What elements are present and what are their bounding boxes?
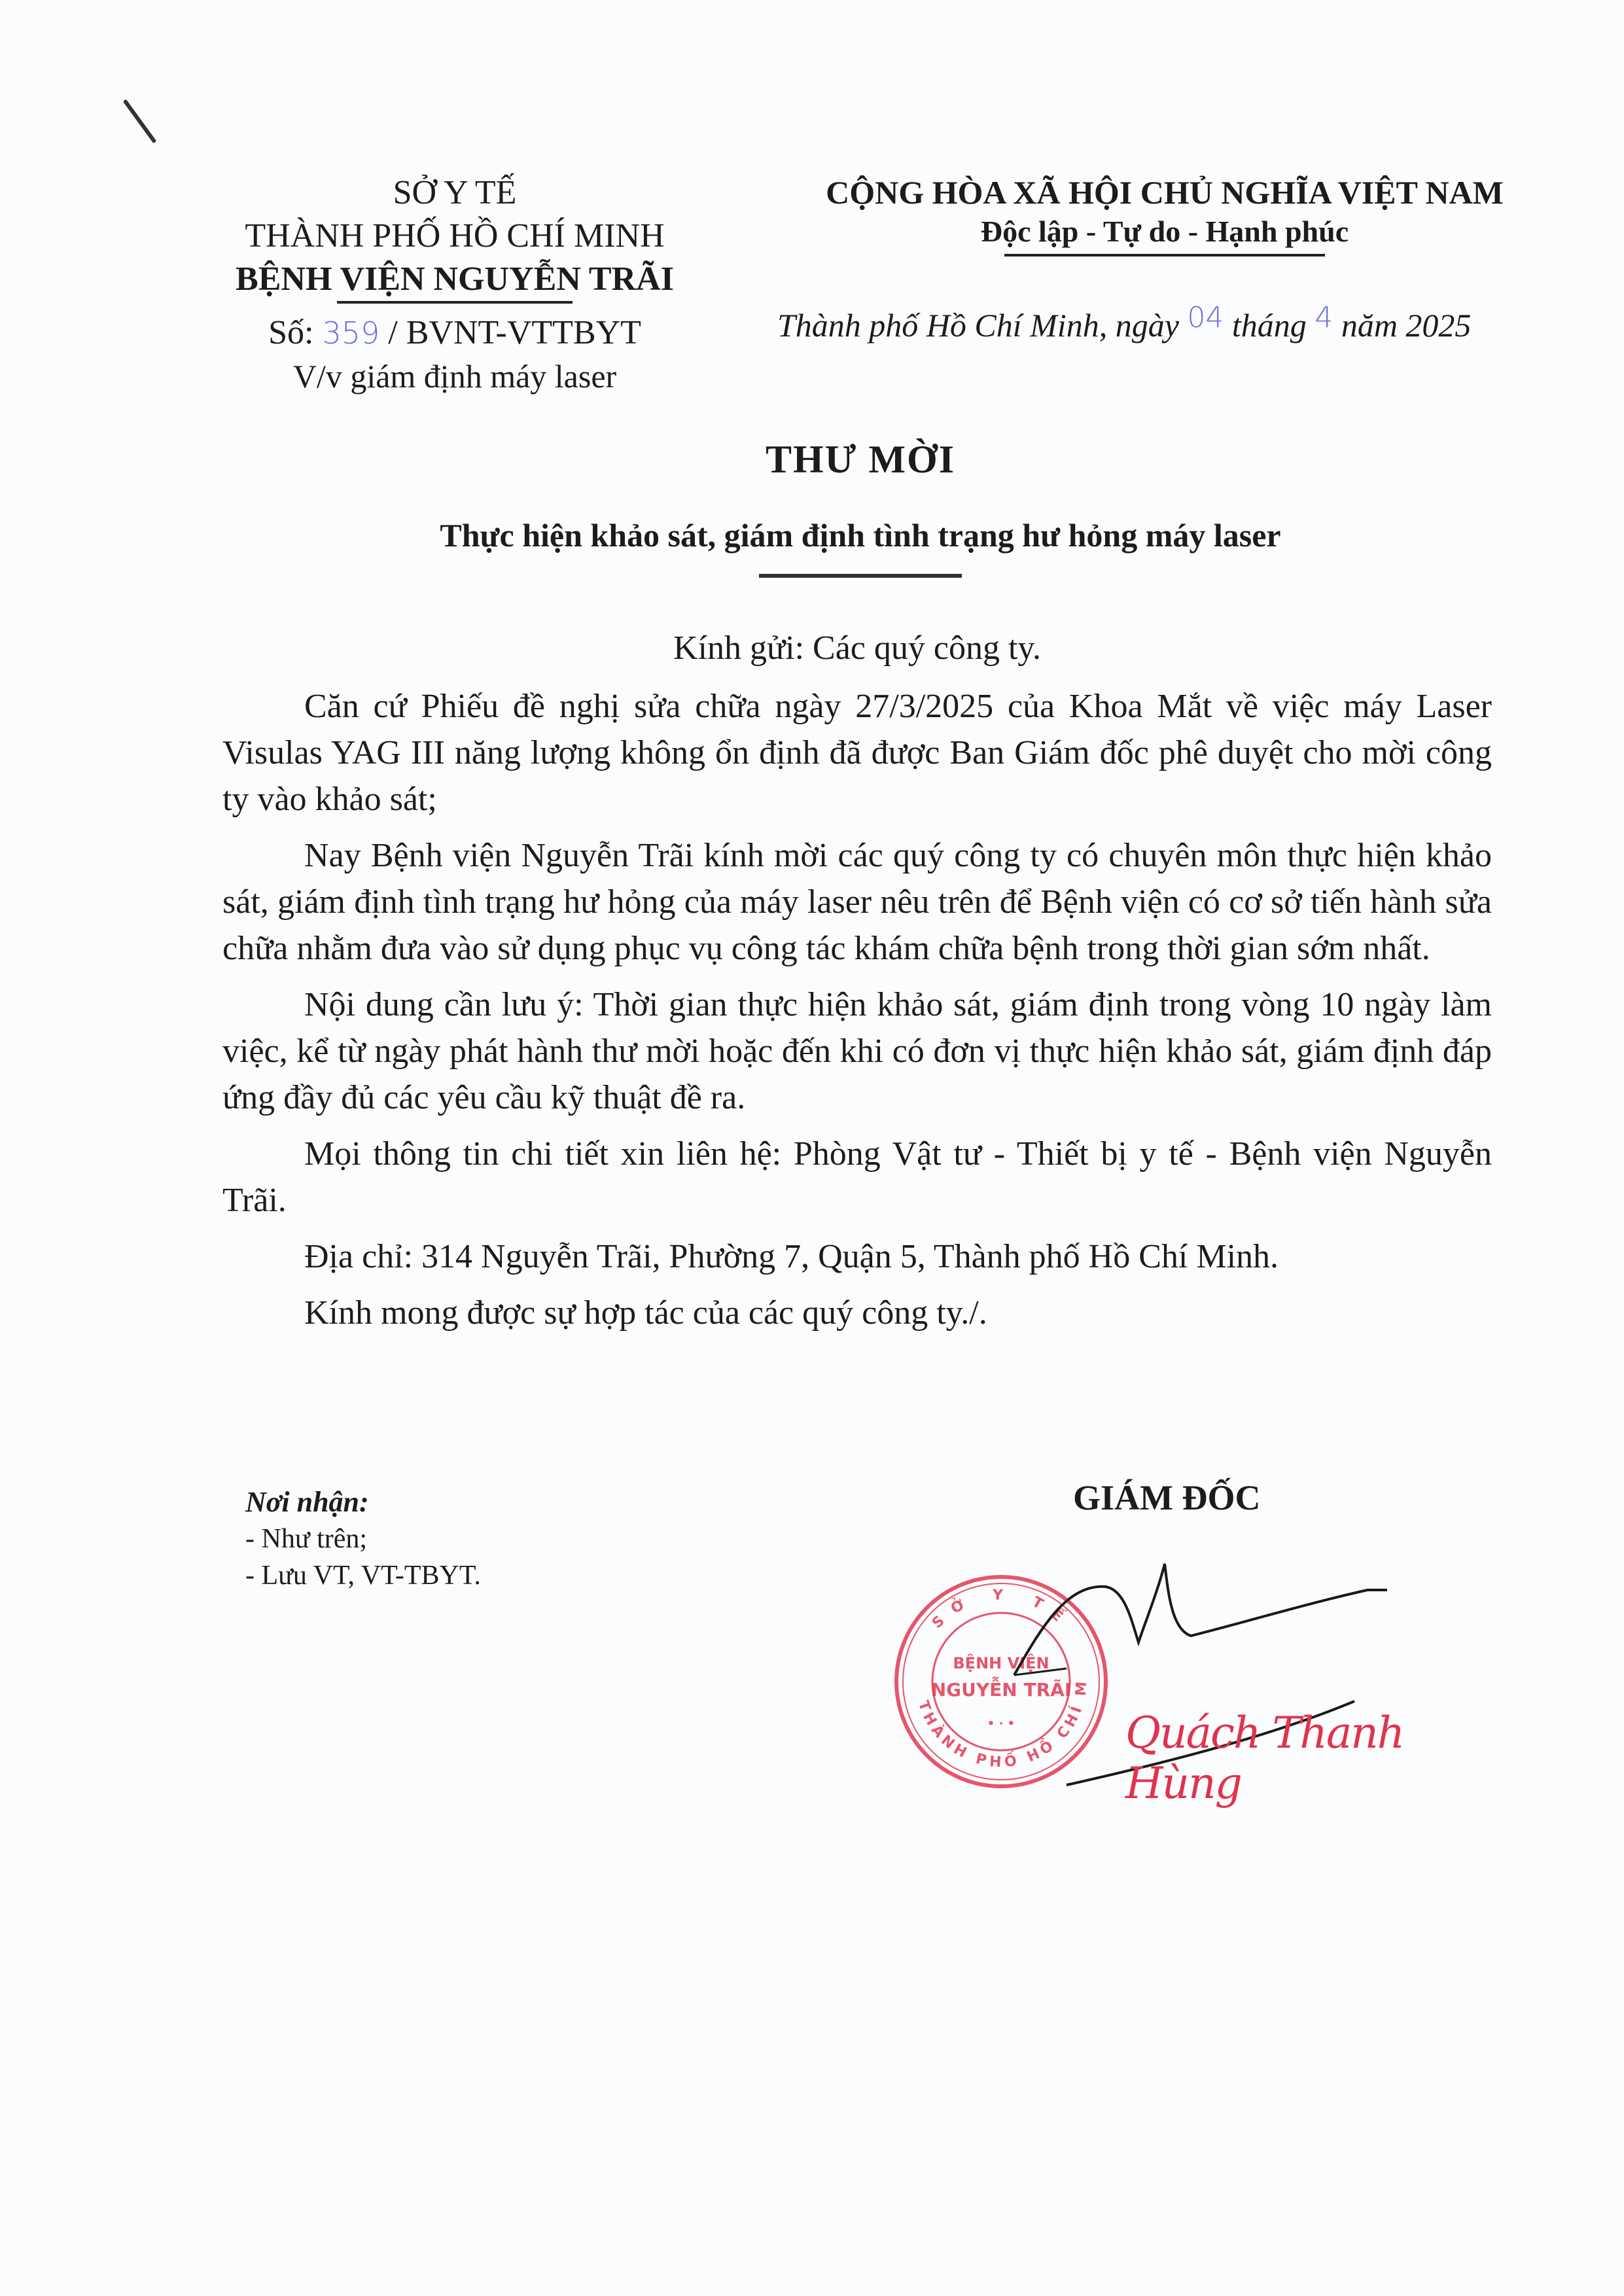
body-paragraph: Mọi thông tin chi tiết xin liên hệ: Phòn…	[222, 1131, 1492, 1224]
handwritten-number: 359	[322, 315, 380, 351]
motto-divider	[1004, 254, 1325, 256]
body-paragraph: Nay Bệnh viện Nguyễn Trãi kính mời các q…	[222, 832, 1492, 972]
letter-body: Kính gửi: Các quý công ty. Căn cứ Phiếu …	[222, 625, 1492, 1346]
year-text: năm 2025	[1341, 307, 1472, 344]
nation-name: CỘNG HÒA XÃ HỘI CHỦ NGHĨA VIỆT NAM	[766, 171, 1564, 213]
recipients-label: Nơi nhận:	[245, 1484, 481, 1521]
signer-name: Quách Thanh Hùng	[1125, 1708, 1439, 1809]
month-label: tháng	[1232, 307, 1307, 344]
document-number: Số: 359 / BVNT-VTTBYT	[177, 311, 733, 355]
document-page: SỞ Y TẾ THÀNH PHỐ HỒ CHÍ MINH BỆNH VIỆN …	[0, 0, 1624, 2296]
national-motto: Độc lập - Tự do - Hạnh phúc	[766, 213, 1564, 250]
date-prefix: Thành phố Hồ Chí Minh, ngày	[777, 307, 1179, 344]
signature-block: GIÁM ĐỐC SỞ Y TẾ THÀNH PHỐ HỒ CHÍ MINH B…	[851, 1472, 1439, 1826]
department-name: SỞ Y TẾ	[177, 171, 733, 215]
handwritten-day: 04	[1187, 301, 1224, 334]
header-divider	[337, 301, 573, 304]
recipient-item: - Lưu VT, VT-TBYT.	[245, 1557, 481, 1594]
city-name: THÀNH PHỐ HỒ CHÍ MINH	[177, 215, 733, 258]
issuer-header: SỞ Y TẾ THÀNH PHỐ HỒ CHÍ MINH BỆNH VIỆN …	[177, 171, 733, 398]
scan-mark	[123, 99, 157, 143]
document-subtitle: Thực hiện khảo sát, giám định tình trạng…	[196, 516, 1525, 554]
number-suffix: / BVNT-VTTBYT	[388, 314, 641, 351]
handwritten-month: 4	[1315, 301, 1333, 334]
number-prefix: Số:	[268, 314, 313, 351]
recipient-item: - Như trên;	[245, 1521, 481, 1557]
body-paragraph: Kính mong được sự hợp tác của các quý cô…	[222, 1290, 1492, 1336]
national-header: CỘNG HÒA XÃ HỘI CHỦ NGHĨA VIỆT NAM Độc l…	[766, 171, 1564, 344]
body-paragraph: Căn cứ Phiếu đề nghị sửa chữa ngày 27/3/…	[222, 683, 1492, 822]
recipients-block: Nơi nhận: - Như trên; - Lưu VT, VT-TBYT.	[245, 1484, 481, 1594]
title-block: THƯ MỜI Thực hiện khảo sát, giám định tì…	[196, 437, 1525, 578]
issue-date: Thành phố Hồ Chí Minh, ngày 04 tháng 4 n…	[766, 306, 1564, 344]
greeting: Kính gửi: Các quý công ty.	[222, 625, 1492, 671]
subject-line: V/v giám định máy laser	[177, 355, 733, 398]
title-divider	[759, 574, 962, 578]
body-paragraph: Nội dung cần lưu ý: Thời gian thực hiện …	[222, 981, 1492, 1121]
document-title: THƯ MỜI	[196, 437, 1525, 482]
body-paragraph: Địa chỉ: 314 Nguyễn Trãi, Phường 7, Quận…	[222, 1233, 1492, 1280]
organization-name: BỆNH VIỆN NGUYỄN TRÃI	[177, 258, 733, 301]
